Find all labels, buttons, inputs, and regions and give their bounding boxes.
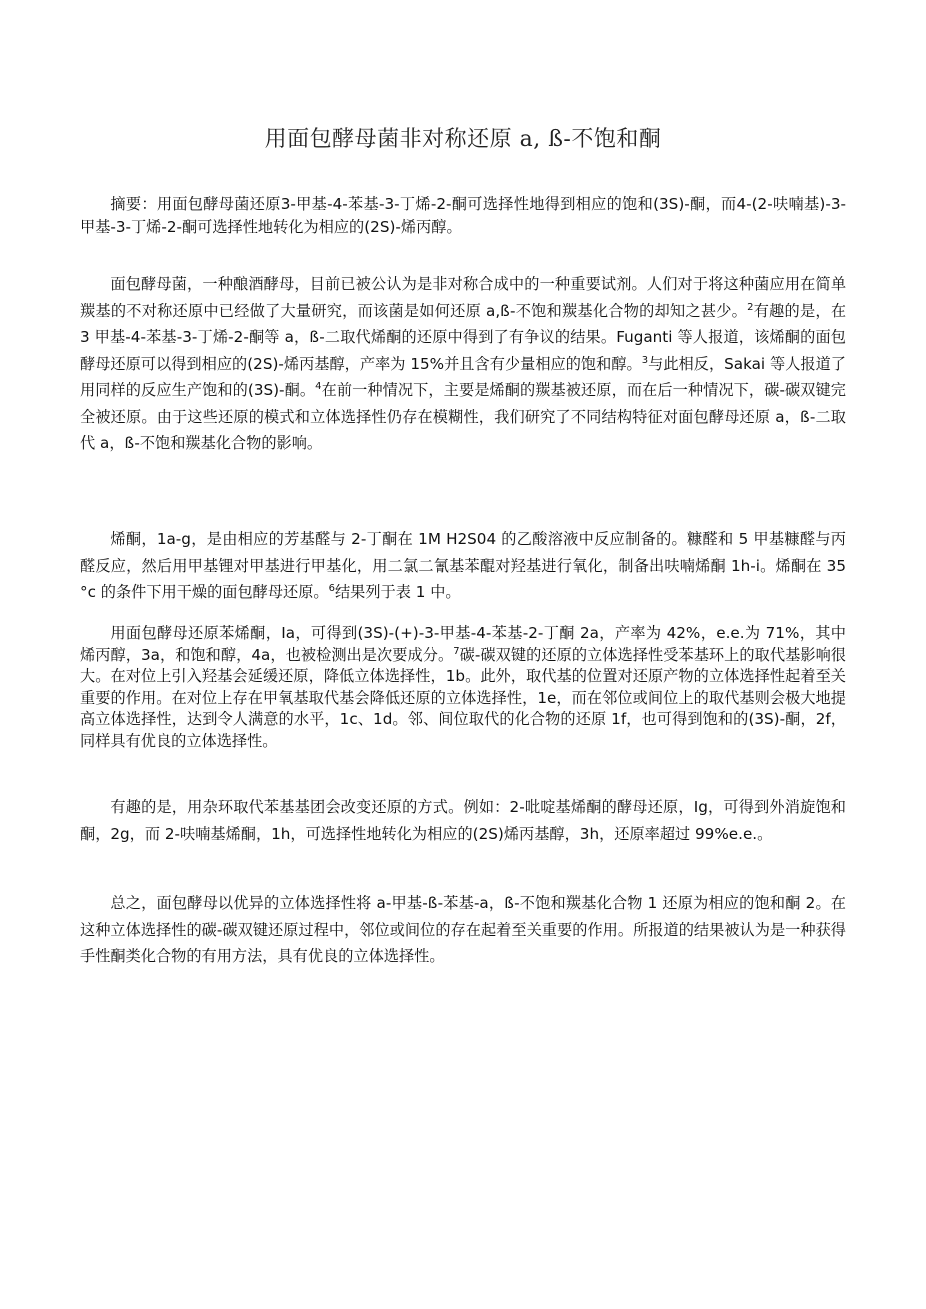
paragraph-text: 结果列于表 1 中。 — [335, 583, 461, 601]
abstract-paragraph: 摘要：用面包酵母菌还原3-甲基-4-苯基-3-丁烯-2-酮可选择性地得到相应的饱… — [80, 193, 846, 239]
document-title: 用面包酵母菌非对称还原 a, ß-不饱和酮 — [0, 122, 926, 153]
body-paragraph-4: 有趣的是，用杂环取代苯基基团会改变还原的方式。例如：2-吡啶基烯酮的酵母还原，I… — [80, 794, 846, 847]
body-paragraph-5: 总之，面包酵母以优异的立体选择性将 a-甲基-ß-苯基-a，ß-不饱和羰基化合物… — [80, 890, 846, 970]
body-paragraph-3: 用面包酵母还原苯烯酮，Ia，可得到(3S)-(+)-3-甲基-4-苯基-2-丁酮… — [80, 623, 846, 752]
paragraph-text: 烯酮，1a-g，是由相应的芳基醛与 2-丁酮在 1M H2S04 的乙酸溶液中反… — [80, 530, 846, 601]
paragraph-text: 面包酵母菌，一种酿酒酵母，目前已被公认为是非对称合成中的一种重要试剂。人们对于将… — [80, 275, 846, 320]
paragraph-text: 有趣的是，用杂环取代苯基基团会改变还原的方式。例如：2-吡啶基烯酮的酵母还原，I… — [80, 798, 846, 843]
paragraph-text: 总之，面包酵母以优异的立体选择性将 a-甲基-ß-苯基-a，ß-不饱和羰基化合物… — [80, 894, 846, 965]
body-paragraph-2: 烯酮，1a-g，是由相应的芳基醛与 2-丁酮在 1M H2S04 的乙酸溶液中反… — [80, 526, 846, 606]
body-paragraph-1: 面包酵母菌，一种酿酒酵母，目前已被公认为是非对称合成中的一种重要试剂。人们对于将… — [80, 271, 846, 457]
